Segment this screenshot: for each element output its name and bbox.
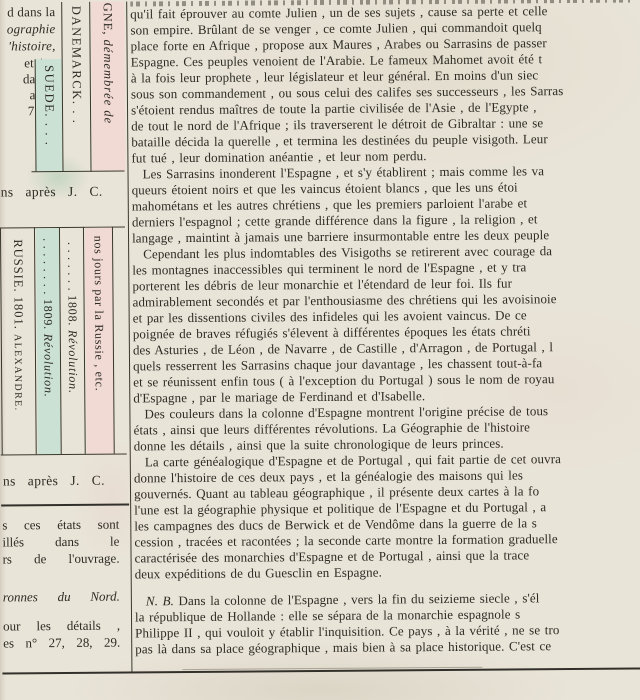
nb-first-line: Dans la colonne de l'Espagne , vers la f…: [174, 590, 540, 608]
era-caption-2: ns après J. C.: [3, 473, 105, 490]
year-1809-dots: . . . . . . . . 1809.: [41, 238, 56, 334]
scanned-sheet: d dans laographie'histoire, et 4,dansas …: [0, 0, 640, 700]
nb-paragraph: N. B. Dans la colonne de l'Espagne , ver…: [135, 589, 640, 657]
timeline-column-suede: SUEDE. . . .: [35, 59, 63, 171]
main-text-column: qu'il fait éprouver au comte Julien , un…: [130, 0, 640, 669]
timeline-column-1808: . . . . . . . 1808. Révolution.: [60, 228, 84, 454]
section-rule: [32, 171, 125, 173]
fragment-line: 'histoire,: [0, 37, 56, 54]
revolution-1808-label: Révolution.: [66, 330, 81, 394]
note-line: our les détails ,: [3, 617, 120, 635]
suede-column-label: SUEDE. . . .: [41, 59, 57, 171]
era-caption-1: ns après J. C.: [1, 184, 103, 201]
note-line: ronnes du Nord.: [3, 588, 120, 606]
nb-rest-lines: la république de Hollande : elle se sépa…: [135, 605, 640, 657]
danemarck-column-label: DANEMARCK. . .: [68, 2, 84, 172]
revolution-1809-label: Révolution.: [41, 334, 56, 398]
note-line: es n° 27, 28, 29.: [3, 634, 120, 652]
text-line: deux expéditions de du Guesclin en Espag…: [135, 562, 640, 582]
fragment-line: d dans la: [0, 3, 55, 20]
left-margin-fragments: d dans laographie'histoire,: [0, 3, 56, 54]
body-paragraphs: qu'il fait éprouver au comte Julien , un…: [130, 3, 640, 583]
section-rule: [1, 454, 127, 456]
fragment-line: ographie: [0, 20, 55, 37]
russie-etc-label: nos jours par la Russie , etc.: [90, 228, 107, 454]
note-line: s ces états sont: [2, 516, 119, 534]
timeline-column-pologne: GNE, démembrée de: [91, 2, 125, 171]
pologne-column-note: démembrée de: [101, 40, 116, 125]
timeline-column-russie-etc: nos jours par la Russie , etc.: [84, 228, 113, 454]
section-rule: [1, 504, 129, 507]
nb-lead: N. B.: [146, 593, 174, 608]
note-line: illés dans le: [2, 533, 119, 551]
year-1808-dots: . . . . . . . 1808.: [65, 242, 80, 330]
timeline-column-1809: . . . . . . . . 1809. Révolution.: [35, 228, 60, 454]
pologne-column-label: GNE,: [101, 3, 115, 40]
russie-column-ruler: ALEXANDRE.: [12, 334, 24, 412]
timeline-column-danemarck: DANEMARCK. . .: [62, 2, 90, 172]
sidebar-note-block: s ces états sontillés dans lers de l'ouv…: [2, 516, 120, 652]
russie-column-label: RUSSIE. 1801.: [11, 239, 26, 334]
note-line: rs de l'ouvrage.: [2, 550, 119, 568]
timeline-column-russie: RUSSIE. 1801. ALEXANDRE.: [1, 228, 35, 454]
page-scan: { "colors": { "paper": "#e9e4d8", "ink":…: [0, 0, 640, 700]
text-line: pas là dans sa place géographique , mais…: [135, 637, 640, 657]
